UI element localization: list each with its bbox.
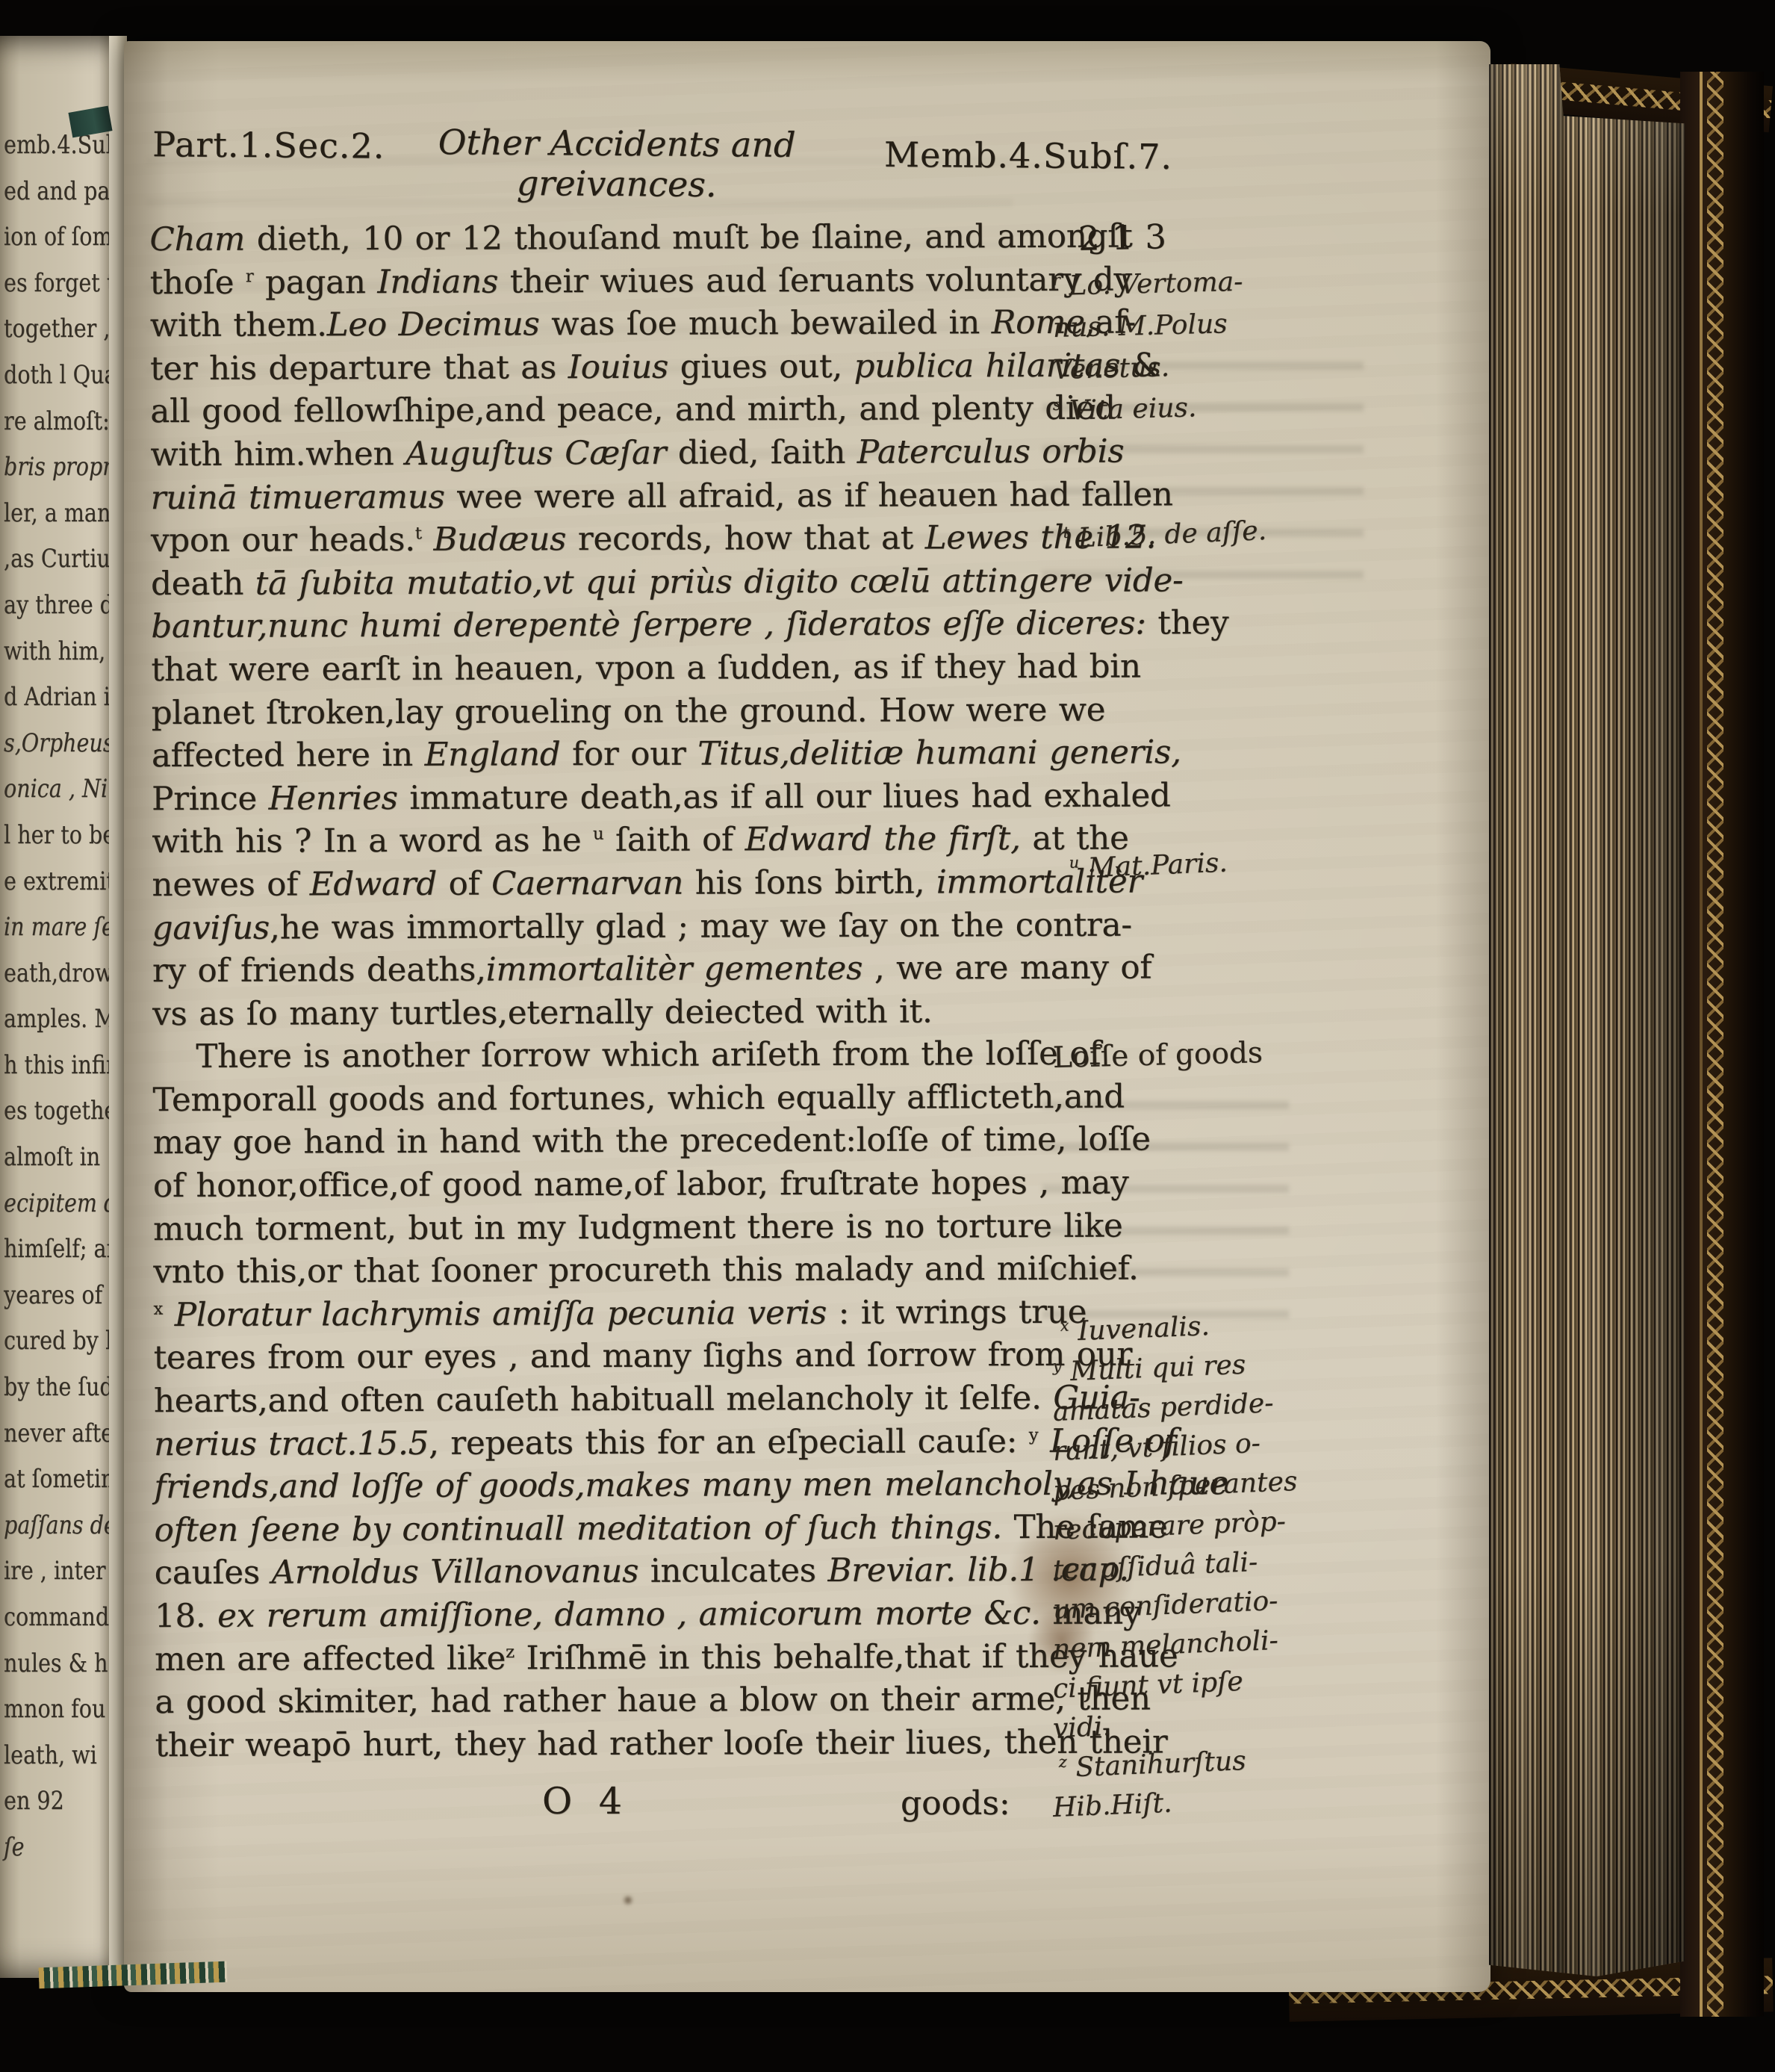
facing-page-text-fragment: never after	[4, 1411, 94, 1457]
facing-page-text-fragment: leath, wi	[4, 1733, 94, 1779]
margin-note: s Vita eius.	[1052, 389, 1197, 430]
text-line: cauſes Arnoldus Villanovanus inculcates …	[155, 1549, 1066, 1595]
margin-note: x Iuvenalis.	[1060, 1308, 1210, 1351]
text-line: friends,and loſſe of goods,makes many me…	[154, 1463, 1065, 1510]
facing-page-text-fragment: yeares of a	[4, 1273, 94, 1319]
gold-zigzag-icon	[1707, 72, 1723, 2017]
facing-page-text-fragment: command	[4, 1595, 94, 1641]
margin-note: Hib.Hiſt.	[1052, 1785, 1172, 1827]
text-line: affected here in England for our Titus,d…	[152, 732, 1063, 778]
text-line: vpon our heads.t Budæus records, how tha…	[151, 517, 1062, 563]
facing-page-text-fragment: mnon fou	[4, 1687, 94, 1733]
text-line: vnto this,or that ſooner procureth this …	[153, 1248, 1064, 1294]
margin-note: vidi.	[1052, 1708, 1112, 1748]
margin-note: ci fiunt vt ipſe	[1052, 1663, 1244, 1708]
facing-page-text-fragment: at ſometim	[4, 1457, 94, 1503]
facing-page-text-fragment: s,Orpheus b	[4, 721, 94, 767]
facing-page-text-fragment: bris propri	[4, 444, 94, 491]
text-line: 18. ex rerum amiſſione, damno , amicorum…	[155, 1592, 1066, 1639]
margin-notes: 213r Lo. Vertoma-nus. M.PolusVenetus.s V…	[1053, 220, 1508, 1864]
running-header: Part.1.Sec.2. Other Accidents and greiva…	[124, 124, 1490, 187]
facing-page-text-fragment: ion of ſom	[4, 214, 94, 261]
text-line: thoſe r pagan Indians their wiues aud ſe…	[150, 258, 1061, 305]
facing-page-text-fragment: almoſt in	[4, 1135, 94, 1181]
gold-fillet-line	[1700, 72, 1703, 2017]
text-line: all good fellowſhipe,and peace, and mirt…	[150, 388, 1061, 434]
margin-note: z Stanihurſtus	[1058, 1743, 1247, 1787]
facing-page-text-fragment: with him, a	[4, 629, 94, 675]
text-line: with them.Leo Decimus was ſoe much bewai…	[150, 302, 1061, 348]
page-bundle-split	[1559, 64, 1565, 1976]
facing-page-text-fragment: ler, a man d	[4, 491, 94, 537]
facing-page-text-fragment: e extremity	[4, 859, 94, 905]
text-line: ter his departure that as Iouius giues o…	[150, 345, 1061, 391]
margin-note: Loſſe of goods	[1052, 1035, 1263, 1077]
text-line: with him.when Auguſtus Cæſar died, ſaith…	[150, 431, 1061, 477]
margin-note: nus. M.Polus	[1052, 305, 1228, 347]
catchword: goods:	[901, 1784, 1010, 1823]
margin-note: r Lo. Vertoma-	[1052, 264, 1243, 305]
text-line: of honor,office,of good name,of labor, f…	[153, 1162, 1064, 1209]
margin-note: Venetus.	[1052, 349, 1169, 389]
text-line: death tā ſubita mutatio,vt qui priùs dig…	[151, 560, 1062, 607]
facing-page-text-fragment: ecipitem d	[4, 1181, 94, 1227]
text-line: that were earſt in heauen, vpon a ſudden…	[151, 646, 1062, 692]
text-line: There is another ſorrow which ariſeth fr…	[152, 1033, 1063, 1079]
text-line: Cham dieth, 10 or 12 thouſand muſt be ſl…	[149, 216, 1060, 262]
facing-page-text-fragment: ,as Curtius	[4, 536, 94, 583]
page-text: Cham dieth, 10 or 12 thouſand muſt be ſl…	[149, 216, 1066, 1768]
facing-page-text-fragment: onica , Ni	[4, 766, 94, 813]
facing-page-text-fragment: doth l Qua	[4, 353, 94, 399]
text-line: with his ? In a word as he u ſaith of Ed…	[152, 818, 1063, 864]
margin-note: um conſideratio-	[1052, 1583, 1278, 1629]
header-member-subsection: Memb.4.Subſ.7.	[884, 134, 1172, 177]
text-line: nerius tract.15.5, repeats this for an e…	[154, 1420, 1065, 1466]
signature-mark: O 4	[542, 1780, 630, 1823]
margin-note: amatas perdide-	[1052, 1385, 1274, 1431]
page-number: 213	[1078, 218, 1178, 258]
facing-page-text-fragment: himſelf; an	[4, 1226, 94, 1273]
facing-page-text-fragment: cured by h	[4, 1318, 94, 1365]
facing-page-text-fragment: d Adrian i	[4, 674, 94, 721]
facing-page-edge: emb.4.Subed and patiion of ſomes forget …	[0, 36, 112, 1978]
page-edges	[1489, 64, 1685, 1976]
text-line: ruinā timueramus wee were all afraid, as…	[151, 474, 1062, 520]
text-line: x Ploratur lachrymis amiſſa pecunia veri…	[153, 1291, 1064, 1338]
facing-page-text-fragment: amples. M	[4, 996, 94, 1043]
text-line: gaviſus,he was immortally glad ; may we …	[152, 904, 1063, 950]
facing-page-text-fragment: ed and pati	[4, 169, 94, 215]
text-line: newes of Edward of Caernarvan his ſons b…	[152, 861, 1063, 908]
text-line: hearts,and often cauſeth habituall melan…	[154, 1377, 1065, 1424]
margin-note: rant, vt filios o-	[1052, 1425, 1261, 1471]
text-line: a good skimiter, had rather haue a blow …	[155, 1678, 1066, 1725]
margin-note: u Mat.Paris.	[1069, 845, 1228, 888]
margin-note: nem melancholi-	[1052, 1622, 1279, 1669]
ink-speck	[623, 1895, 633, 1905]
facing-page-text-fragment: nules & h	[4, 1641, 94, 1687]
text-line: teares from our eyes , and many ſighs an…	[154, 1334, 1065, 1380]
facing-page-text-fragment: l her to be	[4, 813, 94, 859]
facing-page-text-fragment: es together,	[4, 1088, 94, 1135]
margin-note: y Multi qui res	[1052, 1347, 1246, 1392]
facing-page-text-fragment: in mare ſe	[4, 905, 94, 951]
text-line: may goe hand in hand with the precedent:…	[153, 1119, 1064, 1165]
text-line: much torment, but in my Iudgment there i…	[153, 1206, 1064, 1252]
margin-note: t Lib.5. de aſſe.	[1063, 512, 1267, 558]
leather-cover	[1680, 72, 1764, 2017]
facing-page-text-fragment: es forget th	[4, 261, 94, 307]
facing-page-text-fragment: ay three da	[4, 583, 94, 629]
header-chapter-title: Other Accidents and greivances.	[340, 121, 893, 206]
text-line: often ſeene by continuall meditation of …	[154, 1507, 1065, 1553]
text-line: vs as ſo many turtles,eternally deiected…	[152, 990, 1063, 1037]
margin-note: recuperare pròp-	[1052, 1503, 1287, 1549]
facing-page-text-fragment: ire , inter	[4, 1548, 94, 1595]
facing-page-fragments: emb.4.Subed and patiion of ſomes forget …	[0, 36, 94, 1871]
facing-page-text-fragment: h this infir	[4, 1043, 94, 1089]
text-line: planet ſtroken,lay groueling on the grou…	[152, 689, 1063, 735]
facing-page-text-fragment: by the ſud	[4, 1365, 94, 1411]
margin-note: ter aſſiduâ tali-	[1052, 1544, 1258, 1589]
book-scan: emb.4.Subed and patiion of ſomes forget …	[0, 0, 1775, 2072]
facing-page-text-fragment: re almoſt: a	[4, 399, 94, 445]
facing-page-text-fragment: paſſans de	[4, 1503, 94, 1549]
text-line: their weapō hurt, they had rather looſe …	[155, 1722, 1066, 1768]
facing-page-text-fragment: eath,drow	[4, 951, 94, 997]
facing-page-text-fragment: en 92	[4, 1778, 94, 1825]
margin-note: pes non ſperantes	[1052, 1463, 1298, 1510]
text-line: ry of friends deaths,immortalitèr gement…	[152, 947, 1063, 993]
facing-page-text-fragment: together , a	[4, 306, 94, 353]
text-line: men are affected likez Iriſhmē in this b…	[155, 1635, 1066, 1681]
text-line: Temporall goods and fortunes, which equa…	[152, 1076, 1063, 1123]
text-line: bantur,nunc humi derepentè ſerpere , ſid…	[151, 603, 1062, 649]
text-line: Prince Henries immature death,as if all …	[152, 775, 1063, 822]
facing-page-text-fragment: ſe	[4, 1825, 94, 1871]
book-page: Part.1.Sec.2. Other Accidents and greiva…	[124, 41, 1490, 1992]
